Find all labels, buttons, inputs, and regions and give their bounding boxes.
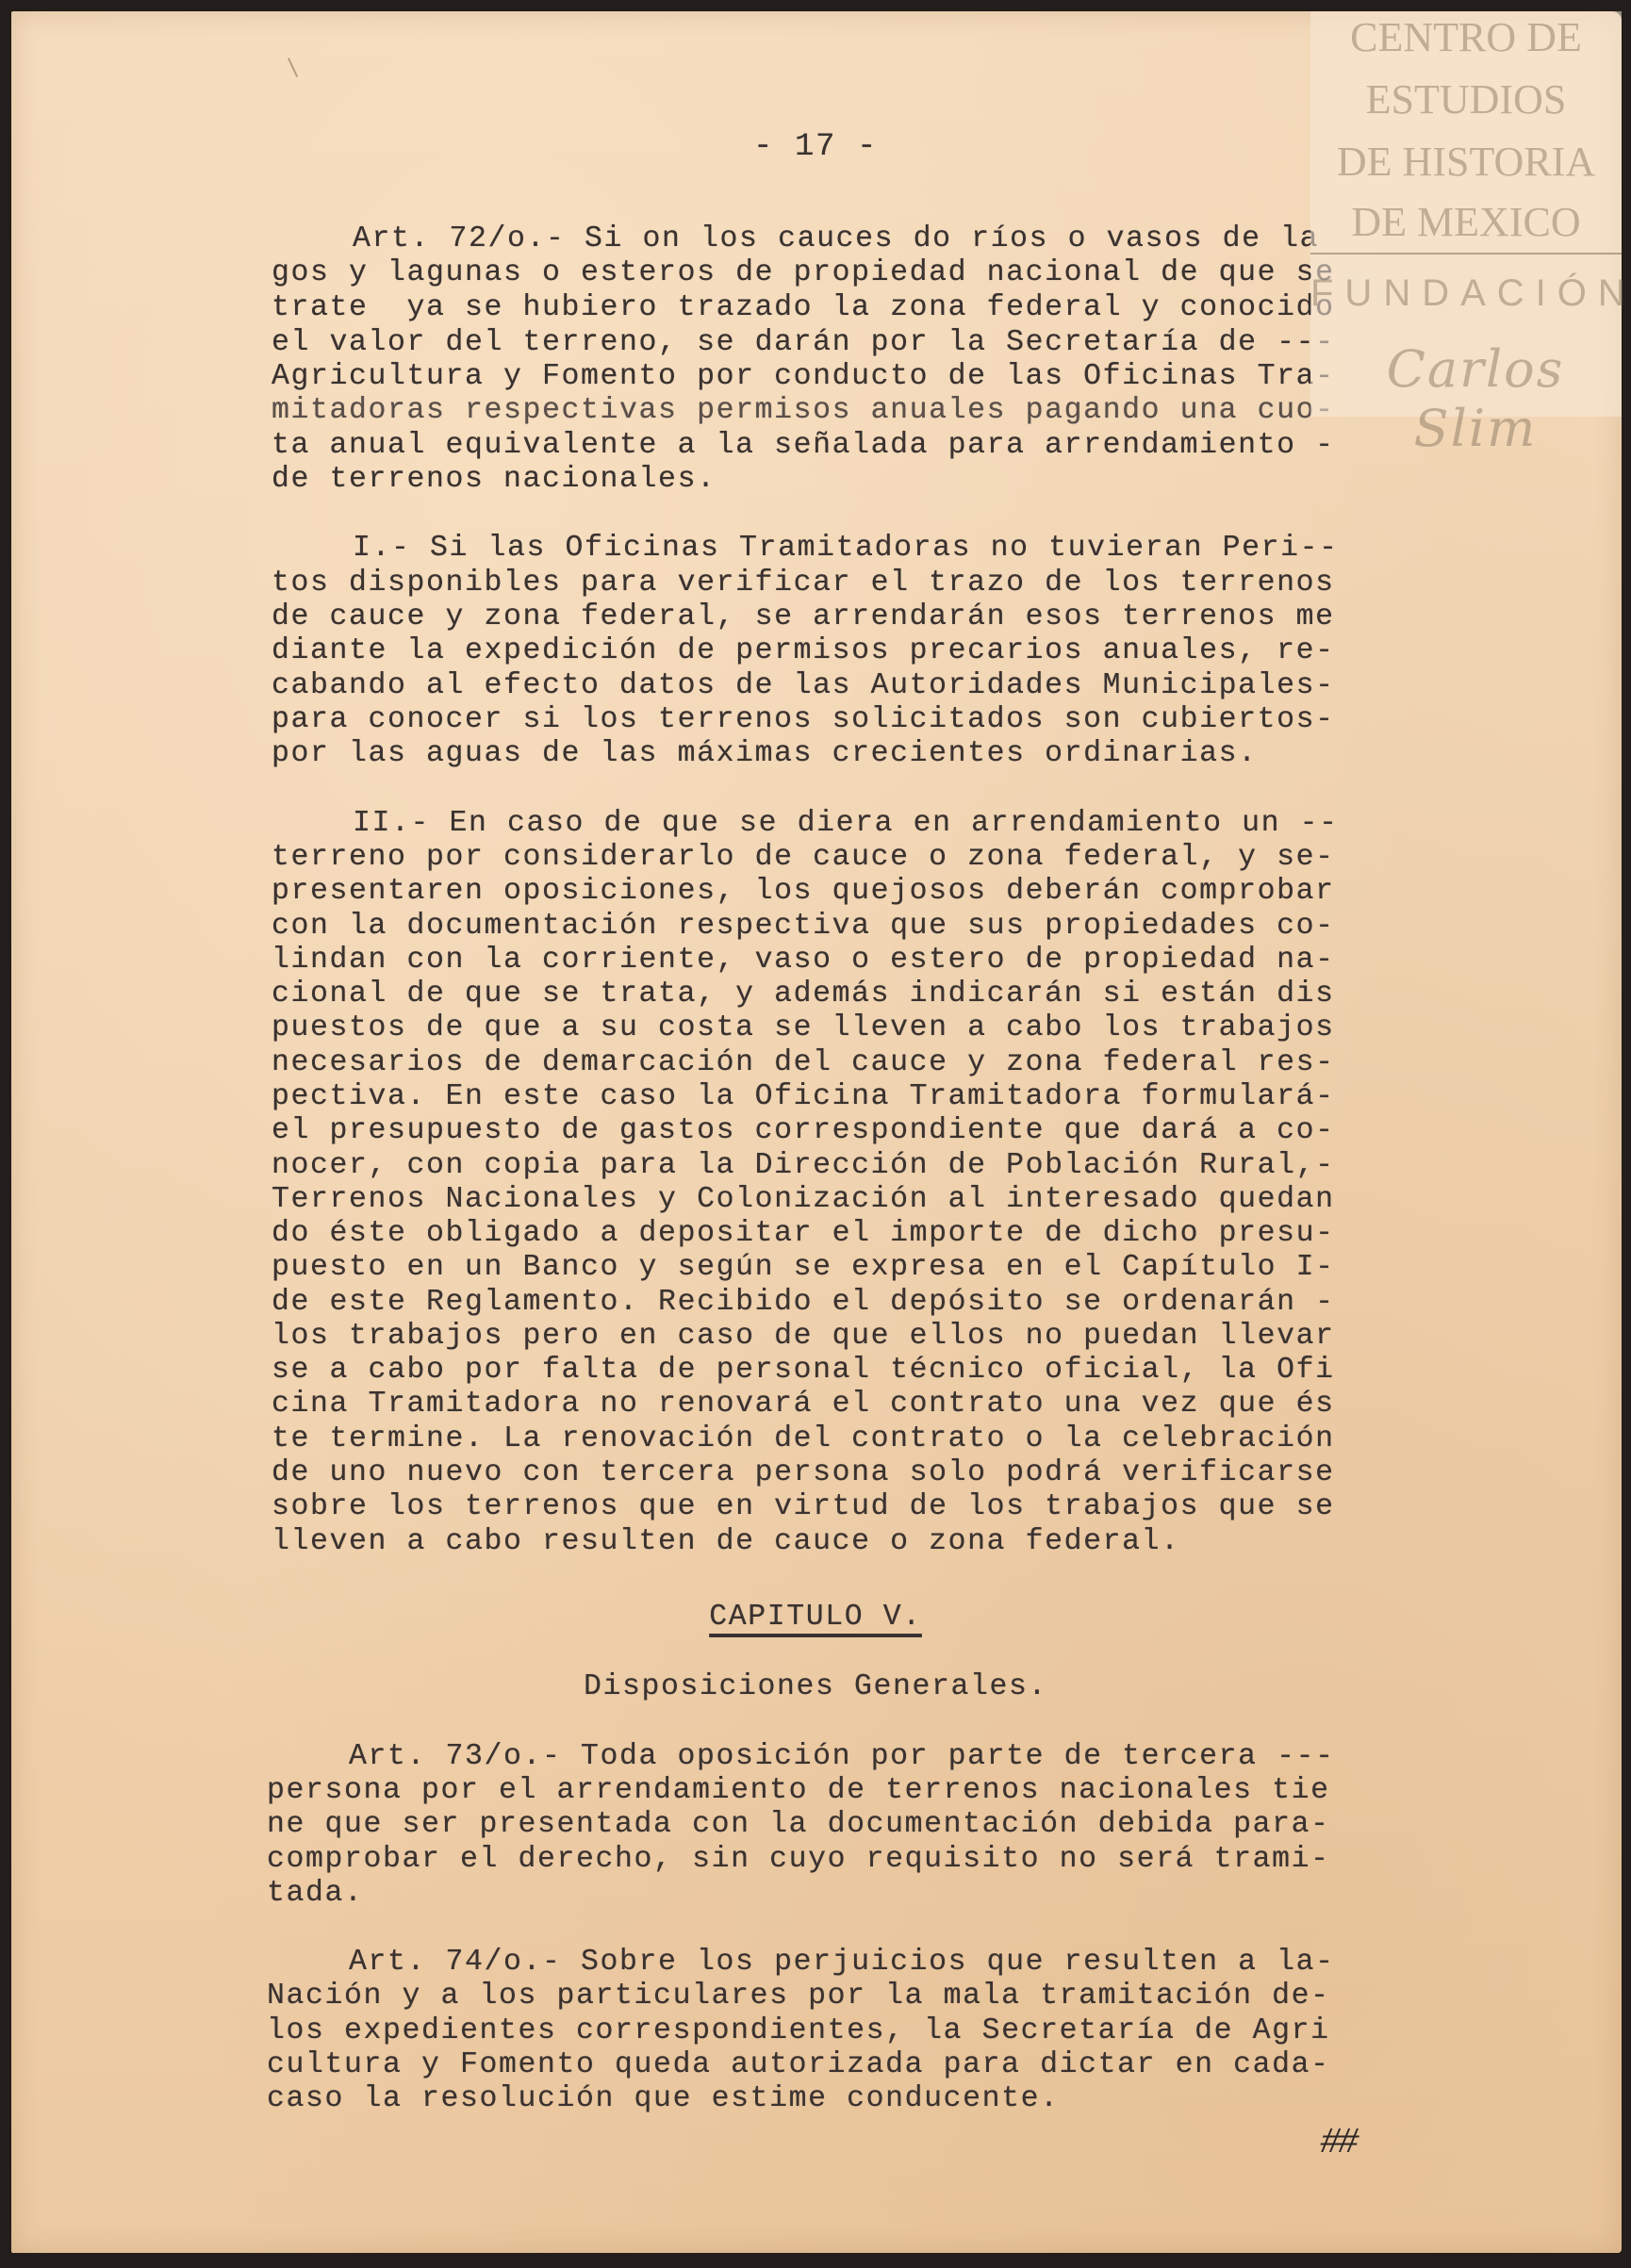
text-line: te termine. La renovación del contrato o… <box>272 1422 1335 1456</box>
text-line: tada. <box>267 1877 364 1911</box>
text-line: los trabajos pero en caso de que ellos n… <box>272 1320 1335 1354</box>
watermark-line: CENTRO DE <box>1310 15 1622 60</box>
text-line: de uno nuevo con tercera persona solo po… <box>272 1456 1335 1490</box>
text-line: terreno por considerarlo de cauce o zona… <box>272 841 1335 875</box>
section-title: Disposiciones Generales. <box>0 1670 1631 1704</box>
watermark-divider <box>1310 253 1622 255</box>
text-line: Nación y a los particulares por la mala … <box>267 1980 1330 2013</box>
chapter-title: CAPITULO V. <box>0 1601 1631 1635</box>
text-line: Art. 72/o.- Si on los cauces do ríos o v… <box>353 222 1319 256</box>
text-line: cultura y Fomento queda autorizada para … <box>267 2048 1330 2082</box>
text-line: puesto en un Banco y según se expresa en… <box>272 1251 1335 1285</box>
text-line: nocer, con copia para la Dirección de Po… <box>272 1149 1335 1183</box>
text-line: pectiva. En este caso la Oficina Tramita… <box>272 1080 1335 1114</box>
text-line: caso la resolución que estime conducente… <box>267 2082 1060 2116</box>
text-line: los expedientes correspondientes, la Sec… <box>267 2014 1330 2048</box>
text-line: Terrenos Nacionales y Colonización al in… <box>272 1183 1335 1217</box>
text-line: comprobar el derecho, sin cuyo requisito… <box>267 1843 1330 1877</box>
text-line: con la documentación respectiva que sus … <box>272 910 1335 944</box>
text-line: se a cabo por falta de personal técnico … <box>272 1354 1335 1388</box>
text-line: diante la expedición de permisos precari… <box>272 634 1335 668</box>
text-line: II.- En caso de que se diera en arrendam… <box>353 807 1339 841</box>
text-line: gos y lagunas o esteros de propiedad nac… <box>272 256 1335 290</box>
watermark-line: ESTUDIOS <box>1310 77 1622 123</box>
text-line: de terrenos nacionales. <box>272 463 717 497</box>
text-line: cina Tramitadora no renovará el contrato… <box>272 1388 1335 1422</box>
text-line: persona por el arrendamiento de terrenos… <box>267 1774 1330 1808</box>
text-line: sobre los terrenos que en virtud de los … <box>272 1490 1335 1524</box>
watermark-line: DE MEXICO <box>1310 200 1622 245</box>
watermark-signature: Carlos Slim <box>1329 339 1622 458</box>
text-line: ta anual equivalente a la señalada para … <box>272 429 1335 463</box>
text-line: do éste obligado a depositar el importe … <box>272 1217 1335 1251</box>
text-line: lindan con la corriente, vaso o estero d… <box>272 944 1335 978</box>
text-line: cabando al efecto datos de las Autoridad… <box>272 669 1335 703</box>
watermark: CENTRO DE ESTUDIOS DE HISTORIA DE MEXICO… <box>1310 11 1622 417</box>
text-line: puestos de que a su costa se lleven a ca… <box>272 1011 1335 1045</box>
text-line: ne que ser presentada con la documentaci… <box>267 1808 1330 1842</box>
watermark-foundation: FUNDACIÓN <box>1310 272 1622 315</box>
text-line: Art. 74/o.- Sobre los perjuicios que res… <box>349 1946 1335 1980</box>
text-line: tos disponibles para verificar el trazo … <box>272 567 1335 600</box>
text-line: de cauce y zona federal, se arrendarán e… <box>272 600 1335 634</box>
text-line: trate ya se hubiero trazado la zona fede… <box>272 291 1335 325</box>
text-line: cional de que se trata, y además indicar… <box>272 978 1335 1011</box>
text-line: I.- Si las Oficinas Tramitadoras no tuvi… <box>353 532 1339 566</box>
text-line: el valor del terreno, se darán por la Se… <box>272 326 1335 360</box>
text-line: de este Reglamento. Recibido el depósito… <box>272 1286 1335 1320</box>
text-line: necesarios de demarcación del cauce y zo… <box>272 1046 1335 1080</box>
text-line: presentaren oposiciones, los quejosos de… <box>272 875 1335 909</box>
text-line: Agricultura y Fomento por conducto de la… <box>272 360 1335 394</box>
text-line: por las aguas de las máximas crecientes … <box>272 737 1258 771</box>
text-line: mitadoras respectivas permisos anuales p… <box>272 394 1335 428</box>
text-line: Art. 73/o.- Toda oposición por parte de … <box>349 1740 1335 1774</box>
watermark-line: DE HISTORIA <box>1310 140 1622 185</box>
text-line: el presupuesto de gastos correspondiente… <box>272 1114 1335 1148</box>
text-line: para conocer si los terrenos solicitados… <box>272 703 1335 737</box>
end-mark: ## <box>1320 2123 1356 2163</box>
text-line: lleven a cabo resulten de cauce o zona f… <box>272 1525 1180 1559</box>
